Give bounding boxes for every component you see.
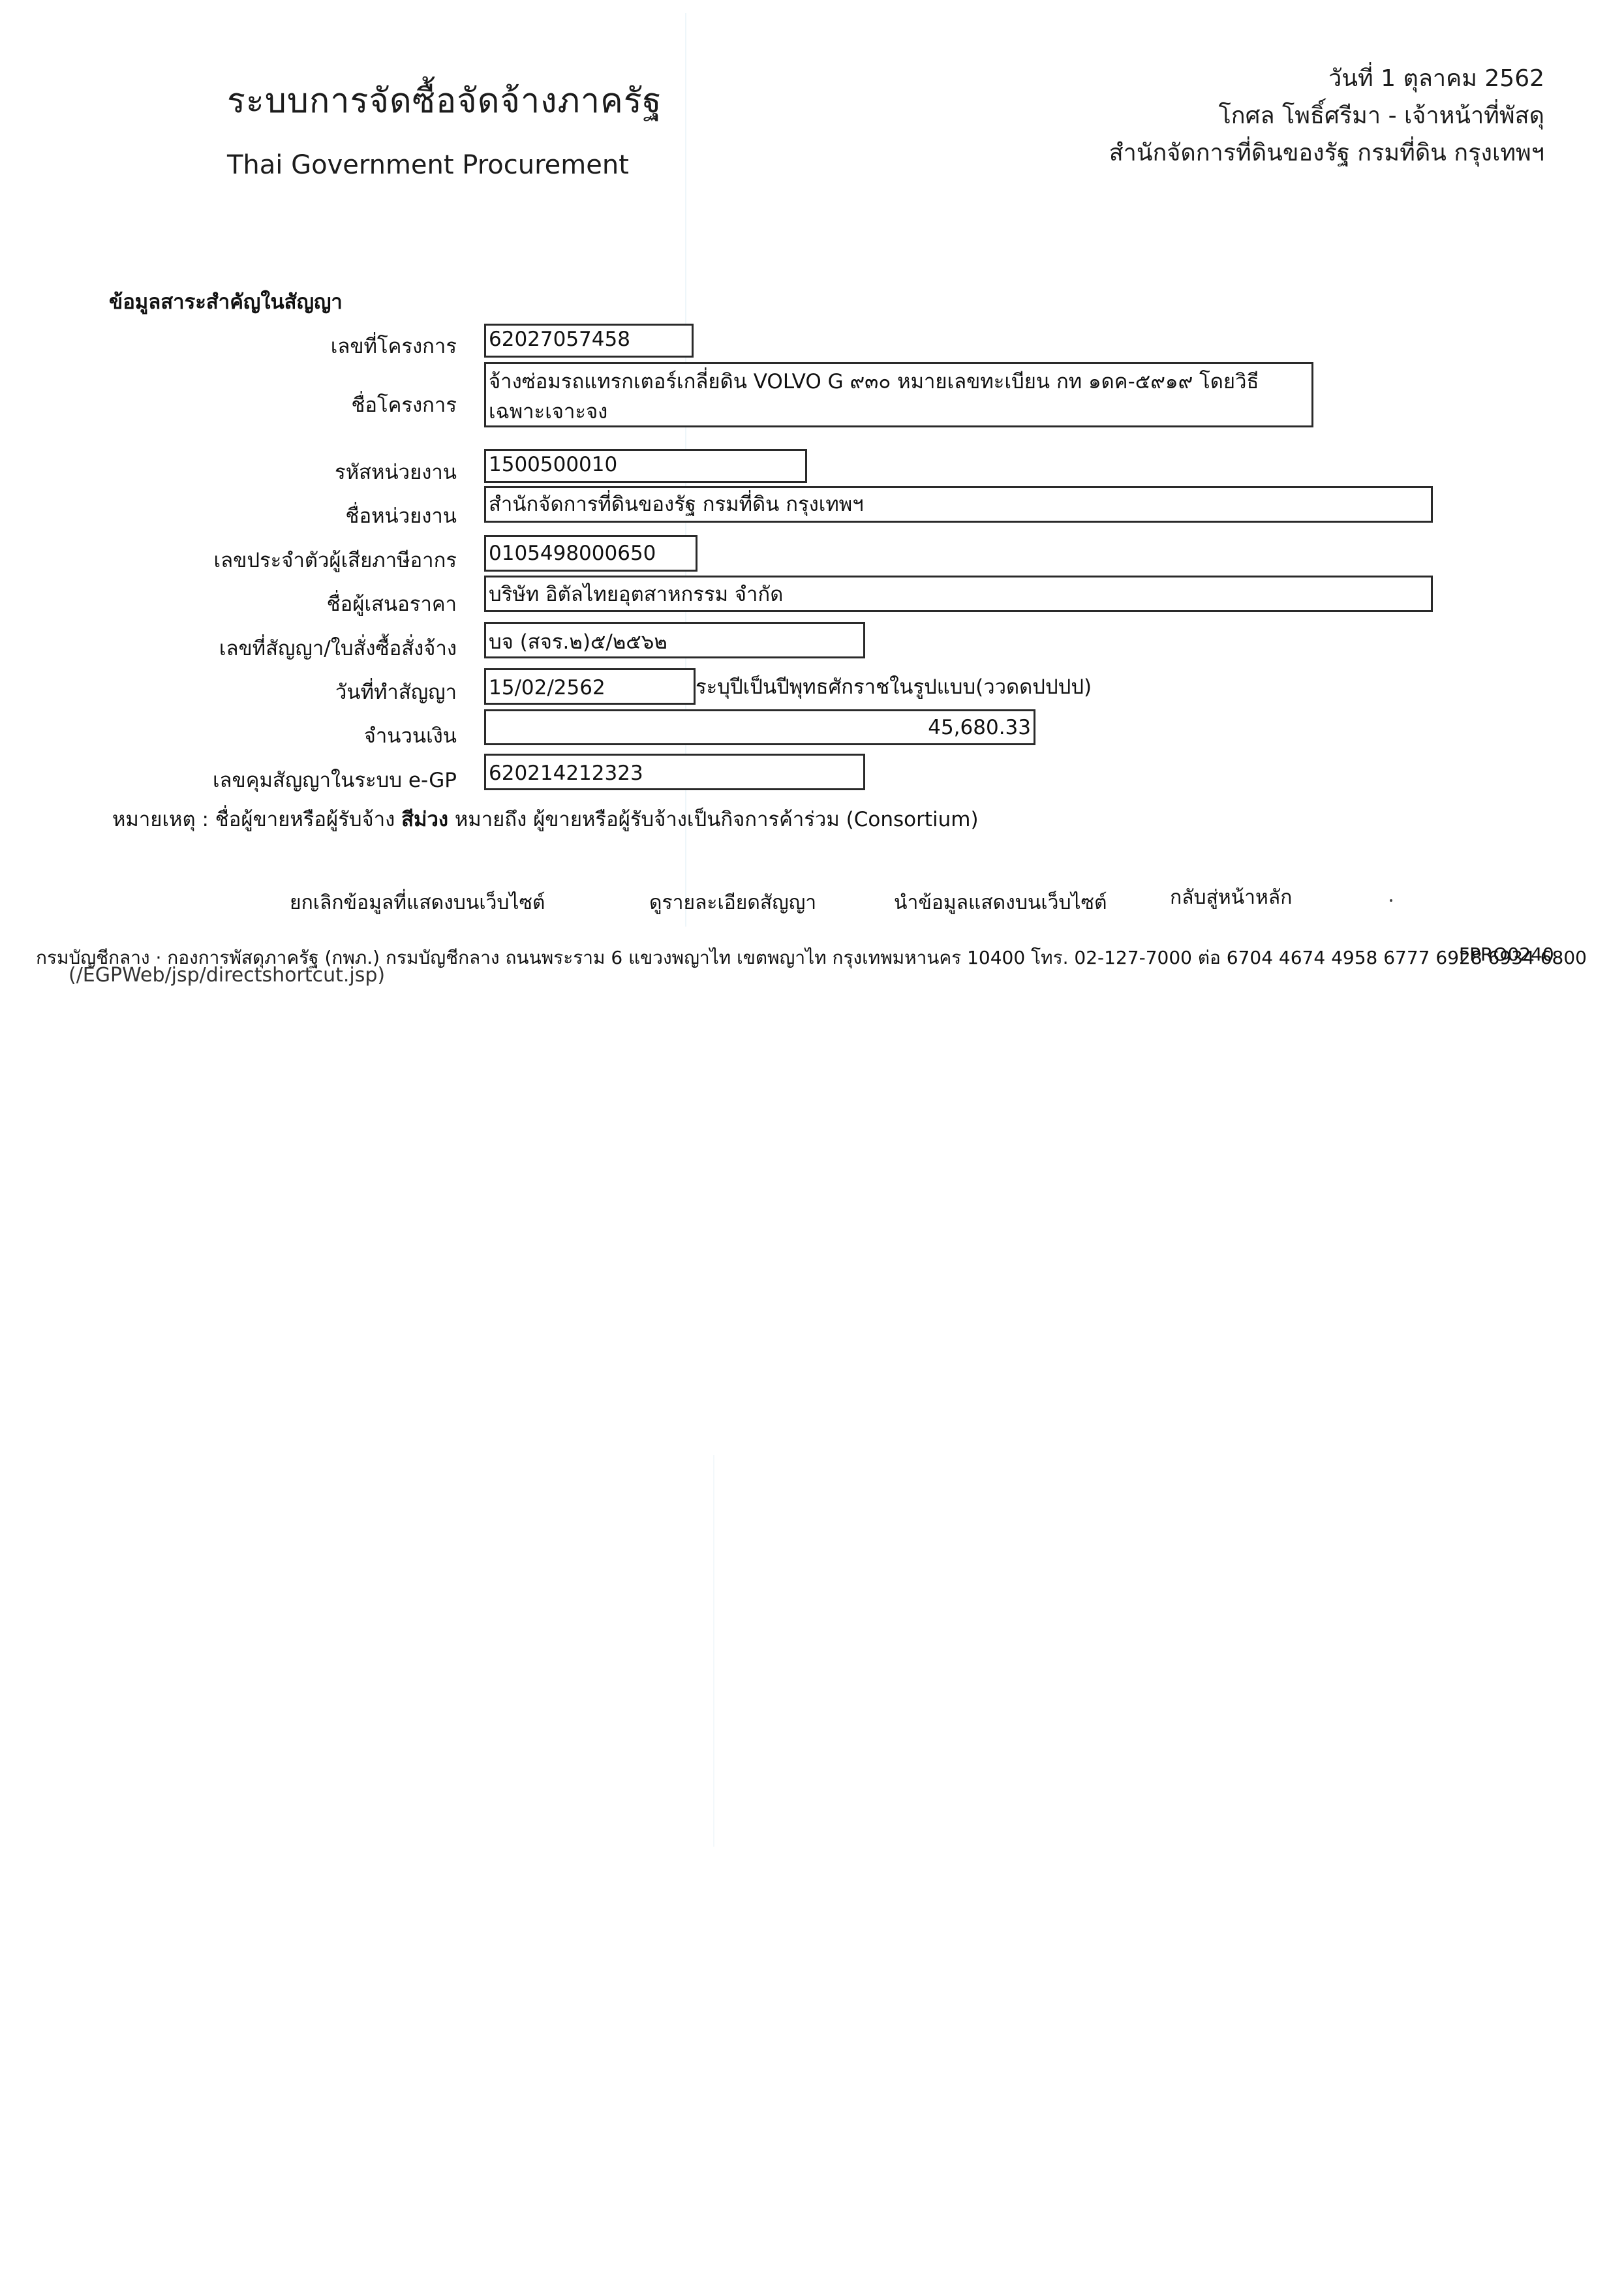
note-suffix: หมายถึง ผู้ขายหรือผู้รับจ้างเป็นกิจการค้… xyxy=(448,808,979,831)
system-title-thai: ระบบการจัดซื้อจัดจ้างภาครัฐ xyxy=(227,73,662,127)
user-department: สำนักจัดการที่ดินของรัฐ กรมที่ดิน กรุงเท… xyxy=(1109,134,1544,172)
amount-field[interactable]: 45,680.33 xyxy=(484,709,1035,745)
contract-date-label: วันที่ทำสัญญา xyxy=(335,675,457,708)
bidder-name-label: ชื่อผู้เสนอราคา xyxy=(327,587,457,620)
user-info-block: วันที่ 1 ตุลาคม 2562 โกศล โพธิ์ศรีมา - เ… xyxy=(1109,60,1544,172)
agency-code-field[interactable]: 1500500010 xyxy=(484,449,807,483)
view-contract-link[interactable]: ดูรายละเอียดสัญญา xyxy=(649,887,816,918)
bidder-name-field[interactable]: บริษัท อิตัลไทยอุตสาหกรรม จำกัด xyxy=(484,576,1433,612)
agency-name-field[interactable]: สำนักจัดการที่ดินของรัฐ กรมที่ดิน กรุงเท… xyxy=(484,486,1433,523)
page-code: FPRO0240 xyxy=(1459,944,1554,965)
agency-name-label: ชื่อหน่วยงาน xyxy=(345,499,457,532)
publish-link[interactable]: นำข้อมูลแสดงบนเว็บไซต์ xyxy=(894,887,1107,918)
scan-artifact-line xyxy=(713,1455,714,1847)
back-home-link[interactable]: กลับสู่หน้าหลัก xyxy=(1170,882,1292,913)
project-no-label: เลขที่โครงการ xyxy=(331,330,457,362)
amount-label: จำนวนเงิน xyxy=(364,719,457,752)
cancel-publish-link[interactable]: ยกเลิกข้อมูลที่แสดงบนเว็บไซต์ xyxy=(290,887,545,918)
tax-id-label: เลขประจำตัวผู้เสียภาษีอากร xyxy=(214,544,457,576)
url-fragment: (/EGPWeb/jsp/directshortcut.jsp) xyxy=(69,964,385,987)
project-name-label: ชื่อโครงการ xyxy=(351,388,457,421)
consortium-note: หมายเหตุ : ชื่อผู้ขายหรือผู้รับจ้าง สีม่… xyxy=(112,803,979,835)
contract-no-field[interactable]: บจ (สจร.๒)๕/๒๕๖๒ xyxy=(484,622,865,658)
contract-date-field[interactable]: 15/02/2562 xyxy=(484,668,696,705)
project-name-field[interactable]: จ้างซ่อมรถแทรกเตอร์เกลี่ยดิน VOLVO G ๙๓๐… xyxy=(484,362,1313,427)
current-date: วันที่ 1 ตุลาคม 2562 xyxy=(1109,60,1544,97)
egp-control-no-field[interactable]: 620214212323 xyxy=(484,754,865,790)
user-name-role: โกศล โพธิ์ศรีมา - เจ้าหน้าที่พัสดุ xyxy=(1109,97,1544,134)
scan-speck xyxy=(1390,899,1392,902)
section-title: ข้อมูลสาระสำคัญในสัญญา xyxy=(109,285,343,318)
contract-no-label: เลขที่สัญญา/ใบสั่งซื้อสั่งจ้าง xyxy=(219,632,457,664)
project-no-field[interactable]: 62027057458 xyxy=(484,324,694,358)
note-highlight-color: สีม่วง xyxy=(401,808,448,831)
egp-control-no-label: เลขคุมสัญญาในระบบ e-GP xyxy=(213,763,457,796)
contract-date-format-hint: ระบุปีเป็นปีพุทธศักราชในรูปแบบ(ววดดปปปป) xyxy=(696,670,1092,703)
system-title-english: Thai Government Procurement xyxy=(227,150,629,180)
agency-code-label: รหัสหน่วยงาน xyxy=(335,455,457,488)
tax-id-field[interactable]: 0105498000650 xyxy=(484,535,697,572)
note-prefix: หมายเหตุ : ชื่อผู้ขายหรือผู้รับจ้าง xyxy=(112,808,401,831)
